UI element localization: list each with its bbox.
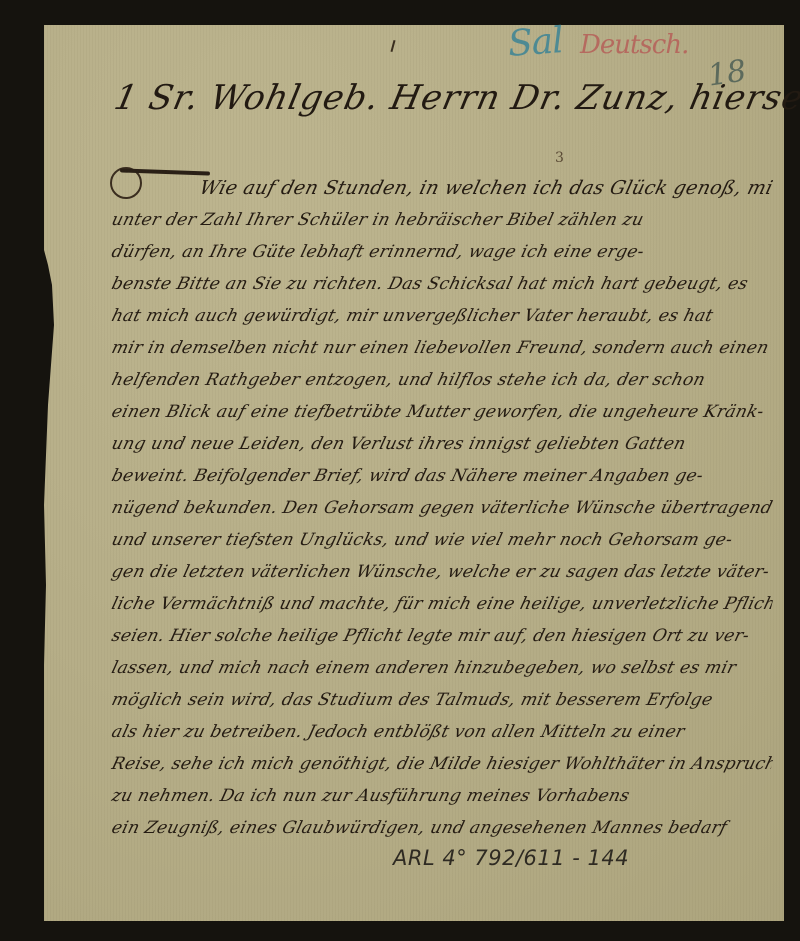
annotation-red-pencil: Deutsch. <box>580 30 688 60</box>
body-line: helfenden Rathgeber entzogen, und hilflo… <box>108 364 776 396</box>
body-line: nügend bekunden. Den Gehorsam gegen väte… <box>108 492 776 524</box>
body-line: hat mich auch gewürdigt, mir unvergeßlic… <box>108 300 776 332</box>
body-line: ung und neue Leiden, den Verlust ihres i… <box>108 428 776 460</box>
body-line: unter der Zahl Ihrer Schüler in hebräisc… <box>108 204 776 236</box>
body-line: zu nehmen. Da ich nun zur Ausführung mei… <box>108 780 776 812</box>
body-line: Wie auf den Stunden, in welchen ich das … <box>108 172 776 204</box>
body-line: liche Vermächtniß und machte, für mich e… <box>108 588 776 620</box>
body-line: ein Zeugniß, eines Glaubwürdigen, und an… <box>108 812 776 844</box>
body-line: möglich sein wird, das Studium des Talmu… <box>108 684 776 716</box>
body-line: lassen, und mich nach einem anderen hinz… <box>108 652 776 684</box>
letter-body: Wie auf den Stunden, in welchen ich das … <box>112 172 772 844</box>
body-line: Reise, sehe ich mich genöthigt, die Mild… <box>108 748 776 780</box>
body-line: dürfen, an Ihre Güte lebhaft erinnernd, … <box>108 236 776 268</box>
body-line: einen Blick auf eine tiefbetrübte Mutter… <box>108 396 776 428</box>
body-line: beweint. Beifolgender Brief, wird das Nä… <box>108 460 776 492</box>
body-line: seien. Hier solche heilige Pflicht legte… <box>108 620 776 652</box>
body-line: und unserer tiefsten Unglücks, und wie v… <box>108 524 776 556</box>
body-line: als hier zu betreiben. Jedoch entblößt v… <box>108 716 776 748</box>
body-line: gen die letzten väterlichen Wünsche, wel… <box>108 556 776 588</box>
letter-address-line: 1 Sr. Wohlgeb. Herrn Dr. Zunz, hierselbs… <box>111 78 800 118</box>
body-line: benste Bitte an Sie zu richten. Das Schi… <box>108 268 776 300</box>
annotation-blue-pencil: Sal <box>507 20 564 65</box>
archive-shelfmark: ARL 4° 792/611 - 144 <box>393 846 629 870</box>
body-line: mir in demselben nicht nur einen liebevo… <box>108 332 776 364</box>
center-mark: 3 <box>555 150 564 166</box>
